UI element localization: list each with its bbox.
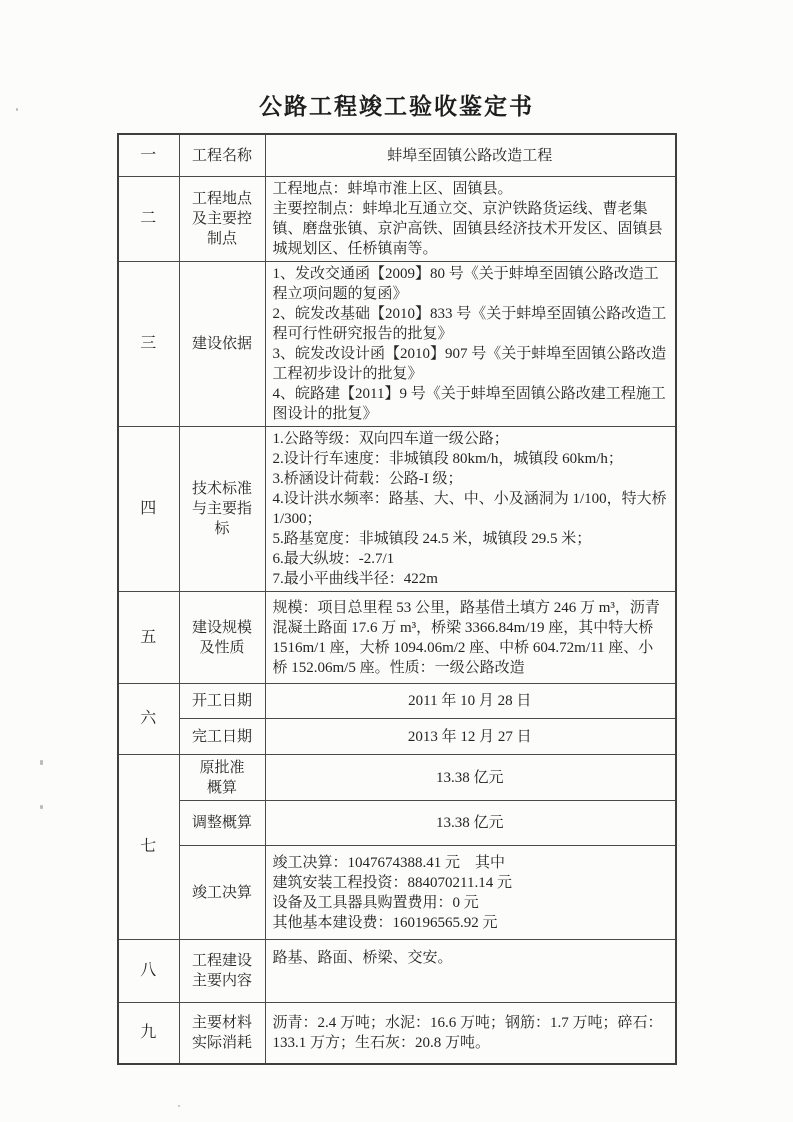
row-content: 1.公路等级：双向四车道一级公路； 2.设计行车速度：非城镇段 80km/h，城… (265, 427, 676, 592)
row-number: 三 (118, 262, 179, 427)
table-row-7c: 竣工决算 竣工决算：1047674388.41 元 其中 建筑安装工程投资：88… (118, 846, 676, 940)
row-content: 1、发改交通函【2009】80 号《关于蚌埠至固镇公路改造工程立项问题的复函》 … (265, 262, 676, 427)
table-row-1: 一 工程名称 蚌埠至固镇公路改造工程 (118, 134, 676, 177)
row-number: 二 (118, 177, 179, 262)
row-content: 2013 年 12 月 27 日 (265, 719, 676, 755)
row-label: 调整概算 (179, 801, 265, 846)
row-number: 一 (118, 134, 179, 177)
row-label: 工程建设 主要内容 (179, 940, 265, 1003)
table-row-8: 八 工程建设 主要内容 路基、路面、桥梁、交安。 (118, 940, 676, 1003)
row-label: 完工日期 (179, 719, 265, 755)
row-label: 竣工决算 (179, 846, 265, 940)
row-number: 九 (118, 1003, 179, 1065)
document-title: 公路工程竣工验收鉴定书 (0, 88, 793, 121)
table-row-6b: 完工日期 2013 年 12 月 27 日 (118, 719, 676, 755)
table-row-7b: 调整概算 13.38 亿元 (118, 801, 676, 846)
row-content: 竣工决算：1047674388.41 元 其中 建筑安装工程投资：8840702… (265, 846, 676, 940)
row-content: 规模：项目总里程 53 公里，路基借土填方 246 万 m³，沥青混凝土路面 1… (265, 592, 676, 684)
row-number: 六 (118, 684, 179, 755)
scan-speck (40, 760, 43, 765)
row-label: 技术标准 与主要指 标 (179, 427, 265, 592)
row-content: 路基、路面、桥梁、交安。 (265, 940, 676, 1003)
row-label: 主要材料 实际消耗 (179, 1003, 265, 1065)
scan-speck (40, 805, 43, 809)
row-content: 13.38 亿元 (265, 801, 676, 846)
row-content: 2011 年 10 月 28 日 (265, 684, 676, 719)
scan-speck (16, 108, 18, 111)
row-content: 13.38 亿元 (265, 755, 676, 801)
row-content: 工程地点：蚌埠市淮上区、固镇县。 主要控制点：蚌埠北互通立交、京沪铁路货运线、曹… (265, 177, 676, 262)
row-content: 沥青：2.4 万吨；水泥：16.6 万吨；钢筋：1.7 万吨；碎石：133.1 … (265, 1003, 676, 1065)
table-row-9: 九 主要材料 实际消耗 沥青：2.4 万吨；水泥：16.6 万吨；钢筋：1.7 … (118, 1003, 676, 1065)
table-row-4: 四 技术标准 与主要指 标 1.公路等级：双向四车道一级公路； 2.设计行车速度… (118, 427, 676, 592)
row-number: 四 (118, 427, 179, 592)
row-label: 工程名称 (179, 134, 265, 177)
table-row-6a: 六 开工日期 2011 年 10 月 28 日 (118, 684, 676, 719)
row-label: 开工日期 (179, 684, 265, 719)
document-page: 公路工程竣工验收鉴定书 一 工程名称 蚌埠至固镇公路改造工程 二 工程地点 及主… (0, 0, 793, 1122)
row-label: 原批准 概算 (179, 755, 265, 801)
row-content: 蚌埠至固镇公路改造工程 (265, 134, 676, 177)
row-number: 五 (118, 592, 179, 684)
table-row-2: 二 工程地点 及主要控 制点 工程地点：蚌埠市淮上区、固镇县。 主要控制点：蚌埠… (118, 177, 676, 262)
scan-speck (178, 1105, 180, 1107)
table-row-3: 三 建设依据 1、发改交通函【2009】80 号《关于蚌埠至固镇公路改造工程立项… (118, 262, 676, 427)
table-row-7a: 七 原批准 概算 13.38 亿元 (118, 755, 676, 801)
row-label: 建设规模 及性质 (179, 592, 265, 684)
certificate-table: 一 工程名称 蚌埠至固镇公路改造工程 二 工程地点 及主要控 制点 工程地点：蚌… (117, 133, 677, 1065)
row-label: 建设依据 (179, 262, 265, 427)
row-number: 七 (118, 755, 179, 940)
row-label: 工程地点 及主要控 制点 (179, 177, 265, 262)
row-number: 八 (118, 940, 179, 1003)
table-row-5: 五 建设规模 及性质 规模：项目总里程 53 公里，路基借土填方 246 万 m… (118, 592, 676, 684)
